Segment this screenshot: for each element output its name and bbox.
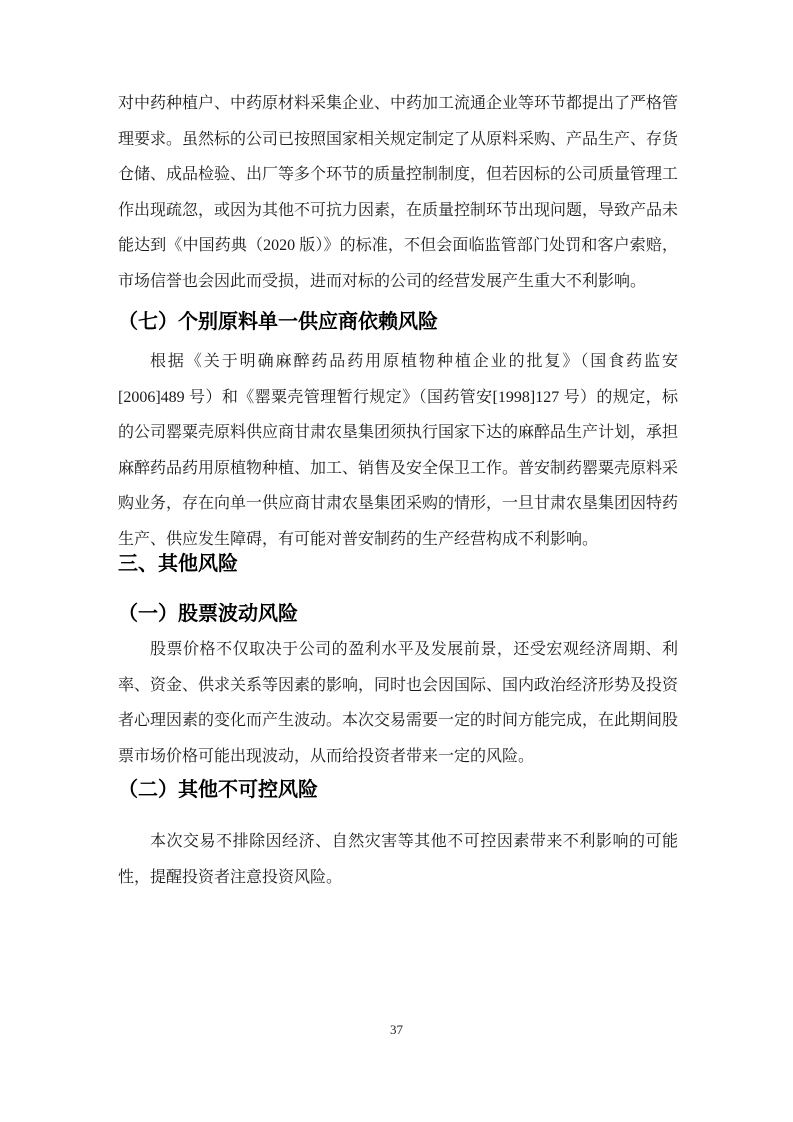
heading-uncontrollable-risk: （二）其他不可控风险 xyxy=(118,778,678,802)
heading-other-risks: 三、其他风险 xyxy=(118,552,678,576)
heading-single-supplier-risk: （七）个别原料单一供应商依赖风险 xyxy=(118,310,678,334)
page-number: 37 xyxy=(0,1022,793,1038)
heading-stock-volatility-risk: （一）股票波动风险 xyxy=(118,602,678,626)
paragraph-stock-volatility-risk: 股票价格不仅取决于公司的盈利水平及发展前景，还受宏观经济周期、利率、资金、供求关… xyxy=(118,632,678,774)
document-page: 对中药种植户、中药原材料采集企业、中药加工流通企业等环节都提出了严格管理要求。虽… xyxy=(0,0,793,1122)
paragraph-uncontrollable-risk: 本次交易不排除因经济、自然灾害等其他不可控因素带来不利影响的可能性，提醒投资者注… xyxy=(118,824,678,895)
paragraph-quality-control-risk: 对中药种植户、中药原材料采集企业、中药加工流通企业等环节都提出了严格管理要求。虽… xyxy=(118,86,678,299)
paragraph-single-supplier-risk: 根据《关于明确麻醉药品药用原植物种植企业的批复》（国食药监安[2006]489 … xyxy=(118,344,678,557)
